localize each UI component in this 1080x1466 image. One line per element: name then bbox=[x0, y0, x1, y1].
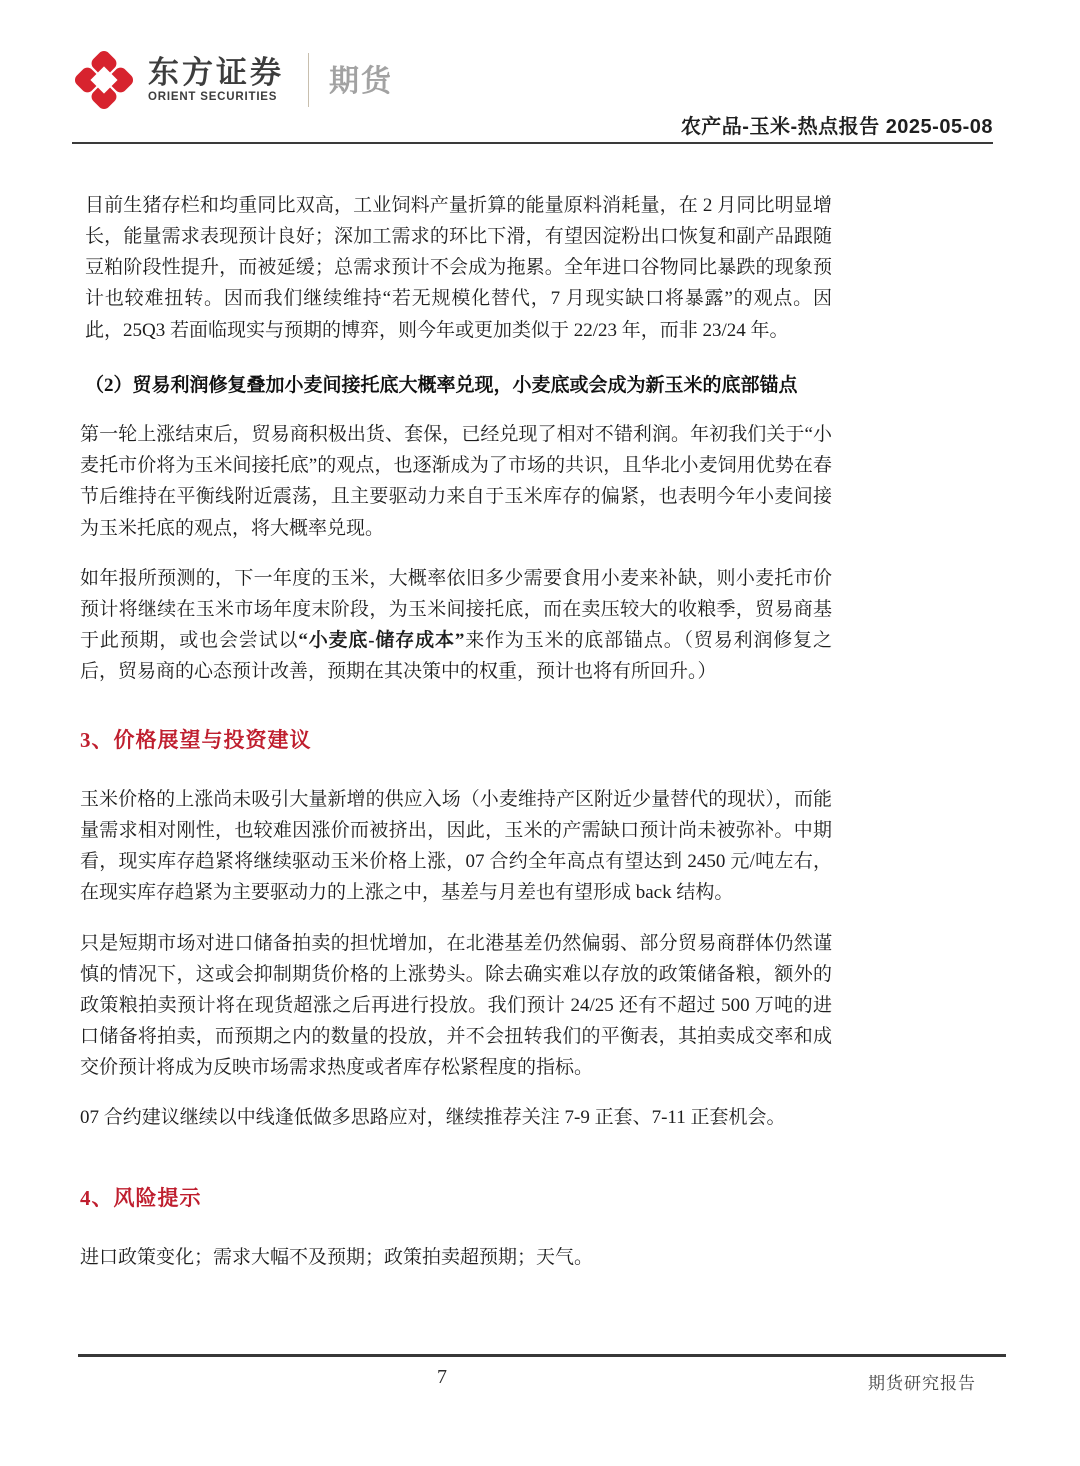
page-number: 7 bbox=[437, 1366, 447, 1389]
paragraph-price-drivers: 玉米价格的上涨尚未吸引大量新增的供应入场（小麦维持产区附近少量替代的现状），而能… bbox=[80, 784, 832, 909]
section-heading-risk: 4、风险提示 bbox=[80, 1183, 832, 1215]
brand-divider bbox=[308, 53, 309, 107]
brand-text: 东方证券 ORIENT SECURITIES bbox=[148, 57, 284, 104]
report-title: 农产品-玉米-热点报告 2025-05-08 bbox=[681, 110, 993, 139]
paragraph-auction-concern: 只是短期市场对进口储备拍卖的担忧增加，在北港基差仍然偏弱、部分贸易商群体仍然谨慎… bbox=[80, 928, 832, 1084]
paragraph-wheat-anchor-bold: “小麦底-储存成本” bbox=[298, 630, 464, 651]
report-page: 东方证券 ORIENT SECURITIES 期货 农产品-玉米-热点报告 20… bbox=[0, 0, 1080, 1466]
footer-rule bbox=[78, 1354, 1006, 1357]
paragraph-demand-outlook: 目前生猪存栏和均重同比双高，工业饲料产量折算的能量原料消耗量，在 2 月同比明显… bbox=[80, 190, 832, 346]
brand-name-en: ORIENT SECURITIES bbox=[148, 91, 284, 103]
brand-name-cn: 东方证券 bbox=[148, 57, 284, 90]
paragraph-strategy-advice: 07 合约建议继续以中线逢低做多思路应对，继续推荐关注 7-9 正套、7-11 … bbox=[80, 1102, 832, 1133]
page-header: 东方证券 ORIENT SECURITIES 期货 农产品-玉米-热点报告 20… bbox=[72, 48, 993, 112]
paragraph-trade-profit: 第一轮上涨结束后，贸易商积极出货、套保，已经兑现了相对不错利润。年初我们关于“小… bbox=[80, 419, 832, 544]
brand-row: 东方证券 ORIENT SECURITIES 期货 bbox=[72, 48, 993, 112]
subsection-heading-2: （2）贸易利润修复叠加小麦间接托底大概率兑现，小麦底或会成为新玉米的底部锚点 bbox=[80, 371, 832, 401]
header-rule bbox=[72, 142, 993, 144]
report-body: 目前生猪存栏和均重同比双高，工业饲料产量折算的能量原料消耗量，在 2 月同比明显… bbox=[80, 190, 832, 1292]
section-heading-price-outlook: 3、价格展望与投资建议 bbox=[80, 725, 832, 757]
brand-division-label: 期货 bbox=[329, 56, 393, 100]
paragraph-risk-list: 进口政策变化；需求大幅不及预期；政策拍卖超预期；天气。 bbox=[80, 1242, 832, 1273]
footer-report-type-label: 期货研究报告 bbox=[868, 1369, 976, 1394]
paragraph-wheat-anchor: 如年报所预测的，下一年度的玉米，大概率依旧多少需要食用小麦来补缺，则小麦托市价预… bbox=[80, 563, 832, 688]
orient-securities-logo-icon bbox=[72, 48, 136, 112]
